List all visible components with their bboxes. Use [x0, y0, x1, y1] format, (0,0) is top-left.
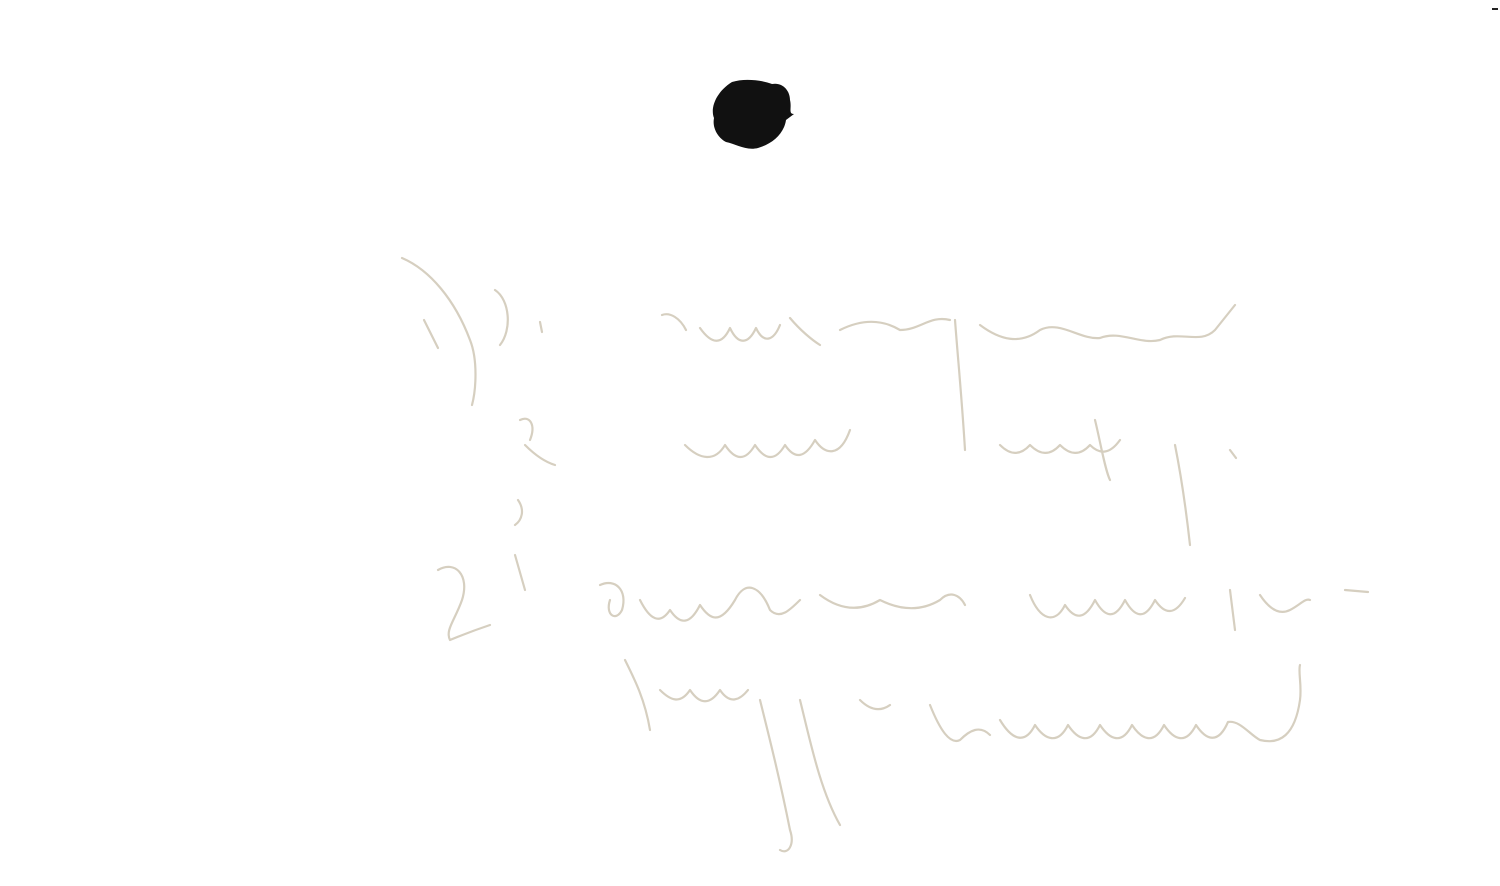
handwriting-line-2: [515, 419, 1236, 545]
handwriting: [0, 0, 1500, 886]
handwriting-line-4: [625, 660, 1301, 851]
scanned-page: 1) [illegible handwriting] [illegible ha…: [0, 0, 1500, 886]
handwriting-line-3: [438, 555, 1368, 640]
handwriting-line-1: [402, 258, 1235, 450]
